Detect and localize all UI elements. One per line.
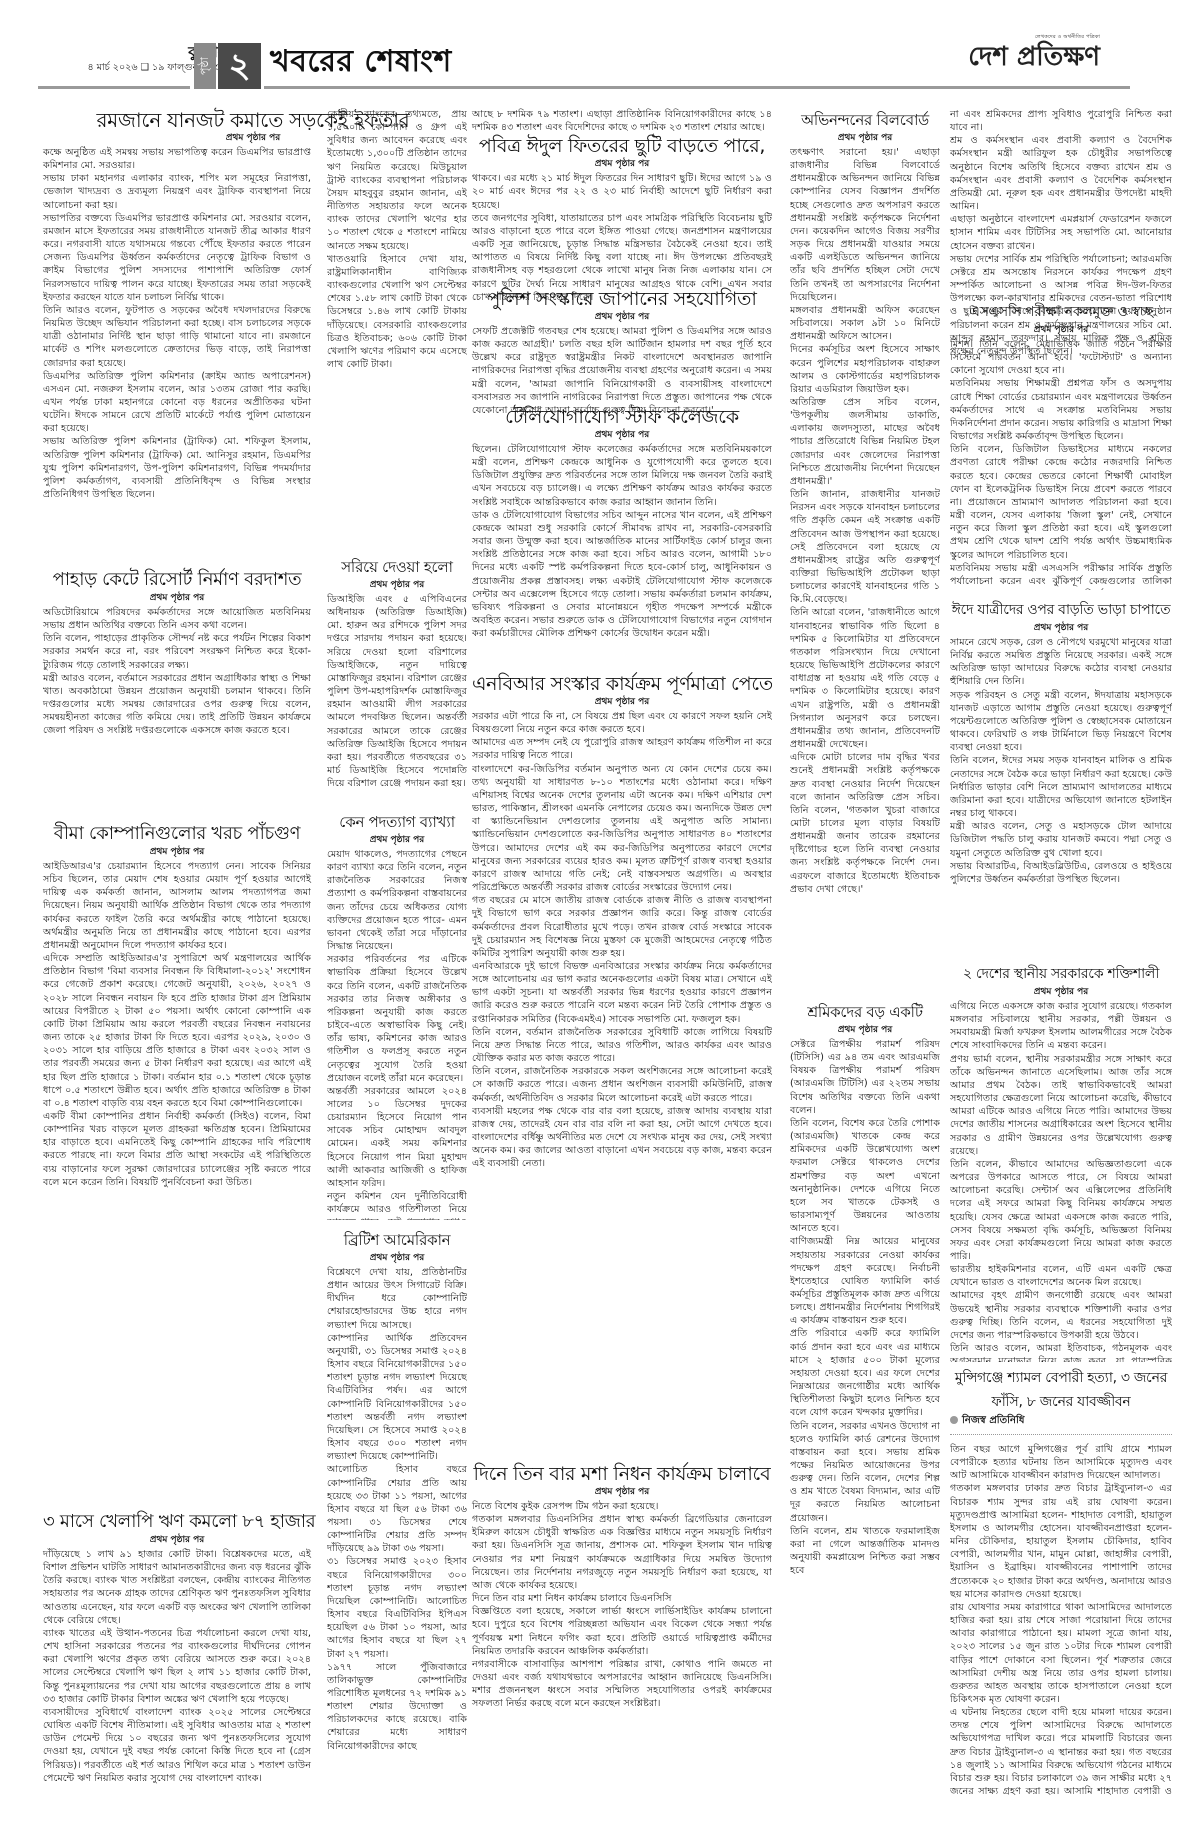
headline[interactable]: দিনে তিন বার মশা নিধন কার্যক্রম চালাবে: [472, 1462, 772, 1486]
headline[interactable]: পুলিশ সংস্কারে জাপানের সহযোগিতা: [472, 287, 772, 311]
byline-text: নিজস্ব প্রতিনিধি: [962, 1415, 1024, 1426]
story-ramadan-iftar-body: কক্ষে অনুষ্ঠিত এই সমন্বয় সভায় সভাপতিত্…: [43, 146, 311, 501]
paragraph: মঙ্গলবার প্রধানমন্ত্রী অফিস করেছেন সচিবা…: [790, 304, 940, 343]
header-rule-right: [264, 86, 1130, 89]
paragraph: তিনি বলেন, পাহাড়ের প্রাকৃতিক সৌন্দর্য ন…: [43, 632, 311, 671]
paragraph: সড়ক পরিবহন ও সেতু মন্ত্রী বলেন, ঈদযাত্র…: [950, 689, 1172, 755]
continued-label: প্রথম পৃষ্ঠার পর: [790, 1024, 940, 1036]
paragraph: এদিকে মোটা চালের দাম বৃদ্ধির খবর শুনেই প…: [790, 751, 940, 896]
paragraph: সেক্টরে ত্রিপক্ষীয় পরামর্শ পরিষদ (টিসিস…: [790, 1038, 940, 1117]
paragraph: তিনি বলেন, ঈদের সময় সড়ক যানবাহন মালিক …: [950, 754, 1172, 820]
paragraph: আছে ৮ দশমিক ৭৯ শতাংশ। এছাড়া প্রাতিষ্ঠান…: [472, 108, 772, 134]
continued-label: প্রথম পৃষ্ঠার পর: [43, 1534, 311, 1546]
continued-label: প্রথম পৃষ্ঠার পর: [472, 158, 772, 170]
paragraph: গত বছরের মে মাসে জাতীয় রাজস্ব বোর্ডকে র…: [472, 894, 772, 960]
paragraph: না এবং শ্রমিকদের প্রাপ্য সুবিধাও পুরোপুর…: [950, 108, 1172, 134]
paragraph: তিনি বলেন, ডিজিটাল ডিভাইসের মাধ্যমে নকলে…: [950, 443, 1172, 561]
paragraph: তিনি বলেন, রাজনৈতিক সরকারকে সকল অংশিজনের…: [472, 1065, 772, 1104]
paragraph: আমাদের বৃহৎ গ্রামীণ জনগোষ্ঠী রয়েছে এবং …: [950, 1289, 1172, 1342]
headline[interactable]: ২ দেশের স্থানীয় সরকারকে শক্তিশালী: [950, 962, 1172, 986]
paragraph: বিজ্ঞপ্তিতে বলা হয়েছে, সকালে লার্ভা ধ্ব…: [472, 1605, 772, 1658]
paragraph: ব্যাংক খাতের এই উত্থান-পতনের চিত্র পর্যা…: [43, 1627, 311, 1706]
logo-tagline: লেখকদের ও অর্থনীতির পত্রিকা: [968, 34, 1100, 42]
headline[interactable]: ৩ মাসে খেলাপি ঋণ কমলো ৮৭ হাজার: [43, 1510, 311, 1534]
story-default-loan: ৩ মাসে খেলাপি ঋণ কমলো ৮৭ হাজার প্রথম পৃষ…: [43, 1510, 311, 1785]
story-eid-fare: ঈদে যাত্রীদের ওপর বাড়তি ভাড়া চাপাতে প্…: [950, 598, 1172, 958]
paragraph: ১৯৭৭ সালে পুঁজিবাজারে তালিকাভুক্ত কোম্পা…: [327, 1661, 467, 1753]
paragraph: আলোচিত হিসাব বছরে কোম্পানিটির শেয়ার প্র…: [327, 1463, 467, 1555]
paragraph: বাণিজ্যমন্ত্রী নিম্ন আয়ের মানুষের সহায়…: [790, 1235, 940, 1327]
section-title: খবরের শেষাংশ: [270, 42, 452, 82]
continued-label: প্রথম পৃষ্ঠার পর: [472, 311, 772, 323]
paragraph: এদিকে সম্প্রতি আইডিআরএ'র সুপারিশে অর্থ ম…: [43, 952, 311, 1110]
paragraph: ডিএমপির অতিরিক্ত পুলিশ কমিশনার (ক্রাইম অ…: [43, 370, 311, 436]
headline[interactable]: টেলিযোগাযোগ স্টাফ কলেজকে: [472, 405, 772, 429]
page-number: ২: [218, 43, 261, 89]
story-mosquito: দিনে তিন বার মশা নিধন কার্যক্রম চালাবে প…: [472, 1462, 772, 1711]
paragraph: দিনে তিন বার মশা নিধন কার্যক্রম চালাবে ড…: [472, 1592, 772, 1605]
story-munshiganj-verdict: মুন্সিগঞ্জে শ্যামল বেপারী হত্যা, ৩ জনের …: [950, 1366, 1172, 1796]
paragraph: রায় ঘোষণার সময় কারাগারে থাকা আসামিদের …: [950, 1601, 1172, 1706]
paragraph: খাতওয়ারি হিসাবে দেখা যায়, রাষ্ট্রমালিক…: [327, 253, 467, 371]
headline[interactable]: ব্রিটিশ আমেরিকান: [327, 1228, 467, 1252]
headline[interactable]: পাহাড় কেটে রিসোর্ট নির্মাণ বরদাশত: [43, 568, 311, 592]
paragraph: প্রণয় ভার্মা বলেন, স্থানীয় সরকারমন্ত্র…: [950, 1053, 1172, 1158]
paragraph: সভায় বিআরটিএ, বিআইডব্লিউটিএ, রেলওয়ে ও …: [950, 860, 1172, 886]
paragraph: ডাক ও টেলিযোগাযোগ বিভাগের সচিব আব্দুন না…: [472, 509, 772, 641]
paragraph: এ ঘটনায় নিহতের ছেলে বাদী হয়ে মামলা দায…: [950, 1706, 1172, 1796]
byline: নিজস্ব প্রতিনিধি: [950, 1414, 1172, 1428]
paragraph: সামনে রেখে সড়ক, রেল ও নৌপথে ঘরমুখো মানু…: [950, 636, 1172, 689]
story-police-japan: পুলিশ সংস্কারে জাপানের সহযোগিতা প্রথম পৃ…: [472, 287, 772, 417]
paragraph: নতুন কমিশন যেন দুর্নীতিবিরোধী কার্যক্রমে…: [327, 1190, 467, 1220]
headline[interactable]: পবিত্র ঈদুল ফিতরের ছুটি বাড়তে পারে,: [472, 134, 772, 158]
continued-label: প্রথম পৃষ্ঠার পর: [327, 834, 467, 846]
paragraph: এছাড়া অনুষ্ঠানে বাংলাদেশ এমপ্লয়ার্স ফে…: [950, 213, 1172, 252]
headline[interactable]: ঈদে যাত্রীদের ওপর বাড়তি ভাড়া চাপাতে: [950, 598, 1172, 622]
dotted-divider: [950, 1434, 1172, 1435]
continued-label: প্রথম পৃষ্ঠার পর: [472, 1486, 772, 1498]
paragraph: ৩১ ডিসেম্বর সমাপ্ত ২০২৩ হিসাব বছরে বিনিয…: [327, 1555, 467, 1660]
paragraph: আইডিআরএ'র চেয়ারম্যান হিসেবে পদত্যাগ নেন…: [43, 860, 311, 952]
continued-label: প্রথম পৃষ্ঠার পর: [327, 1252, 467, 1264]
paragraph: ছিলেন। টেলিযোগাযোগ স্টাফ কলেজের কর্মকর্ত…: [472, 443, 772, 509]
paragraph: তিনি আরও বলেন, আমরা ইতিবাচক, গঠনমূলক এবং…: [950, 1342, 1172, 1362]
headline[interactable]: এনবিআর সংস্কার কার্যক্রম পূর্ণমাত্রা পেত…: [472, 672, 772, 696]
headline-line-1[interactable]: মুন্সিগঞ্জে শ্যামল বেপারী হত্যা, ৩ জনের: [950, 1366, 1172, 1390]
paragraph: কক্ষে অনুষ্ঠিত এই সমন্বয় সভায় সভাপতিত্…: [43, 146, 311, 172]
headline[interactable]: শ্রমিকদের বড় একটি: [790, 1000, 940, 1024]
paragraph: মন্ত্রী আরও বলেন, বর্তমানে সরকারের প্রধা…: [43, 672, 311, 738]
story-eid-holiday: আছে ৮ দশমিক ৭৯ শতাংশ। এছাড়া প্রাতিষ্ঠান…: [472, 108, 772, 304]
paragraph: থাকবে। এর মধ্যে ২১ মার্চ ঈদুল ফিতরের দিন…: [472, 172, 772, 211]
paragraph: বাংলাদেশে কর-জিডিপির বর্তমান অনুপাত অন্য…: [472, 763, 772, 895]
paragraph: অতিরিক্ত প্রেস সচিব বলেন, 'উপকূলীয় জলসী…: [790, 396, 940, 488]
paragraph: অন্তর্বর্তী সরকারের আমলে ২০২৪ সালের ১০ ড…: [327, 1085, 467, 1190]
logo-name: দেশ প্রতিক্ষণ: [968, 42, 1100, 72]
story-billboard: অভিনন্দনের বিলবোর্ড প্রথম পৃষ্ঠার পর তৎক…: [790, 108, 940, 988]
paragraph: নগরবাসীকে বাসাবাড়ির আশপাশ পরিষ্কার রাখা…: [472, 1658, 772, 1711]
story-hill-resort: পাহাড় কেটে রিসোর্ট নির্মাণ বরদাশত প্রথম…: [43, 568, 311, 738]
paragraph: তৎক্ষণাৎ সরানো হয়।' এছাড়া রাজধানীর বিভ…: [790, 146, 940, 304]
paragraph: ভারতীয় হাইকমিশনার বলেন, এটি এমন একটি ক্…: [950, 1263, 1172, 1289]
paragraph: তিনি বলেন, শ্রম খাতকে ফরমালাইজ করা না গে…: [790, 1525, 940, 1578]
continued-label: প্রথম পৃষ্ঠার পর: [950, 324, 1172, 336]
headline[interactable]: অভিনন্দনের বিলবোর্ড: [790, 108, 940, 132]
story-nbr-reform: এনবিআর সংস্কার কার্যক্রম পূর্ণমাত্রা পেত…: [472, 672, 772, 1462]
paragraph: দাঁড়িয়েছে ১ লাখ ৯১ হাজার কোটি টাকা। বি…: [43, 1548, 311, 1627]
continued-label: প্রথম পৃষ্ঠার পর: [472, 429, 772, 441]
story-bank-continuation: কেন্দ্রীয় ব্যাংকের তথ্যমতে, প্রায় ১,৫০…: [327, 108, 467, 548]
paragraph: গতকাল মঙ্গলবার ঢাকার দ্রুত বিচার ট্রাইব্…: [950, 1482, 1172, 1600]
paragraph: এগিয়ে নিতে একসঙ্গে কাজ করার সুযোগ রয়েছ…: [950, 1000, 1172, 1053]
story-ssc-exam: এসএসসি পরীক্ষা নকলমুক্ত ও স্বচ্ছ প্রথম প…: [950, 300, 1172, 590]
paragraph: তিনি আরও বলেন, ফুটপাত ও সড়কের অবৈধ দখলদ…: [43, 304, 311, 370]
story-british-american: ব্রিটিশ আমেরিকান প্রথম পৃষ্ঠার পর বিশ্লে…: [327, 1228, 467, 1788]
paragraph: কেন্দ্রীয় ব্যাংকের তথ্যমতে, প্রায় ১,৫০…: [327, 108, 467, 253]
header-rule-left: [38, 86, 190, 89]
paragraph: ব্যবসায়ীদের সুবিধার্থে বাংলাদেশ ব্যাংক …: [43, 1706, 311, 1785]
paragraph: তিনি বলেন, বর্তমান রাজনৈতিক সরকারের সুবি…: [472, 1026, 772, 1065]
paragraph: সেফটি প্রজেক্টটি গতবছর শেষ হয়েছে। আমরা …: [472, 325, 772, 417]
continued-label: প্রথম পৃষ্ঠার পর: [950, 622, 1172, 634]
paragraph: অডিটোরিয়ামে পরিষদের কর্মকর্তাদের সঙ্গে …: [43, 606, 311, 632]
continued-label: প্রথম পৃষ্ঠার পর: [43, 846, 311, 858]
paragraph: সভাপতির বক্তব্যে ডিএমপির ভারপ্রাপ্ত কমিশ…: [43, 212, 311, 304]
headline[interactable]: কেন পদত্যাগ ব্যাখ্যা: [327, 810, 467, 834]
headline[interactable]: এসএসসি পরীক্ষা নকলমুক্ত ও স্বচ্ছ: [950, 300, 1172, 324]
story-removed: সরিয়ে দেওয়া হলো প্রথম পৃষ্ঠার পর ডিআইজ…: [327, 555, 467, 805]
paragraph: মতবিনিময় সভায় মন্ত্রী এসএসসি পরীক্ষার …: [950, 562, 1172, 590]
paragraph: প্রতি পরিবারে একটি করে ফ্যামিলি কার্ড প্…: [790, 1327, 940, 1419]
continued-label: প্রথম পৃষ্ঠার পর: [327, 579, 467, 591]
paragraph: সরকার পরিবর্তনের পর এটিকে স্বাভাবিক প্রক…: [327, 953, 467, 1085]
paragraph: দিনের কর্মসূচির অংশ হিসেবে সাক্ষাৎ করেন …: [790, 343, 940, 396]
paragraph: তিনি বলেন, বিশেষ করে তৈরি পোশাক (আরএমজি)…: [790, 1117, 940, 1235]
paragraph: আমাদের এত সম্পদ নেই যে পুরোপুরি রাজস্ব আ…: [472, 736, 772, 762]
paragraph: নিতে বিশেষ কুইক রেসপন্স টিম গঠন করা হয়ে…: [472, 1500, 772, 1513]
paragraph: তিনি বলেন, সরকার এখনও উদ্যোগ না হলেও ফ্য…: [790, 1420, 940, 1525]
paragraph: তিন বছর আগে মুন্সিগঞ্জের পূর্ব রাখি গ্রা…: [950, 1443, 1172, 1482]
headline[interactable]: বীমা কোম্পানিগুলোর খরচ পাঁচগুণ: [43, 822, 311, 846]
continued-label: প্রথম পৃষ্ঠার পর: [472, 696, 772, 708]
paragraph: গতকাল মঙ্গলবার ডিএনসিসির প্রধান স্বাস্থ্…: [472, 1513, 772, 1592]
paragraph: এনবিআরকে দুই ভাগে বিভক্ত এনবিআরের সংস্কা…: [472, 960, 772, 1026]
paragraph: শ্রম ও কর্মসংস্থান এবং প্রবাসী কল্যাণ ও …: [950, 134, 1172, 213]
story-insurance-cost: বীমা কোম্পানিগুলোর খরচ পাঁচগুণ প্রথম পৃষ…: [43, 822, 311, 1189]
paragraph: মিশন। তিনি বলেন, মেধাভিত্তিক জাতি গঠনে প…: [950, 338, 1172, 377]
bullet-icon: [950, 1416, 958, 1424]
headline-line-2[interactable]: ফাঁসি, ৮ জনের যাবজ্জীবন: [950, 1390, 1172, 1414]
headline[interactable]: সরিয়ে দেওয়া হলো: [327, 555, 467, 579]
paragraph: মতবিনিময় সভায় শিক্ষামন্ত্রী প্রশ্নপত্র…: [950, 377, 1172, 443]
paragraph: তিনি আরো বলেন, 'রাজধানীতে আগে যানবাহনের …: [790, 606, 940, 751]
paragraph: সভায় অতিরিক্ত পুলিশ কমিশনার (ট্রাফিক) ম…: [43, 435, 311, 501]
paragraph: তিনি বলেন, কীভাবে আমাদের অভিজ্ঞতাগুলো এক…: [950, 1158, 1172, 1263]
paragraph: একটি বীমা কোম্পানির প্রধান নির্বাহী কর্ম…: [43, 1110, 311, 1189]
story-telecom-college: টেলিযোগাযোগ স্টাফ কলেজকে প্রথম পৃষ্ঠার প…: [472, 405, 772, 640]
paragraph: বিশ্লেষণে দেখা যায়, প্রতিষ্ঠানটির প্রধা…: [327, 1266, 467, 1332]
story-local-gov: ২ দেশের স্থানীয় সরকারকে শক্তিশালী প্রথম…: [950, 962, 1172, 1362]
continued-label: প্রথম পৃষ্ঠার পর: [790, 132, 940, 144]
paragraph: সরকার এটা পারে কি না, সে বিষয়ে প্রশ্ন ছ…: [472, 710, 772, 736]
paragraph: তিনি জানান, রাজধানীর যানজট নিরসন এবং সড়…: [790, 488, 940, 606]
paragraph: মন্ত্রী আরও বলেন, সেতু ও মহাসড়কে টোল আদ…: [950, 820, 1172, 859]
continued-label: প্রথম পৃষ্ঠার পর: [43, 592, 311, 604]
paragraph: ডিআইজি এবং ৫ এপিবিএনের অধিনায়ক (অতিরিক্…: [327, 593, 467, 790]
story-workers: শ্রমিকদের বড় একটি প্রথম পৃষ্ঠার পর সেক্…: [790, 1000, 940, 1790]
paragraph: সভায় ঢাকা মহানগর এলাকার ব্যাংক, শপিং মল…: [43, 172, 311, 211]
paragraph: মেয়াদ থাকলেও, পদত্যাগের পেছনে কারণ ব্যা…: [327, 848, 467, 953]
story-resign-explain: কেন পদত্যাগ ব্যাখ্যা প্রথম পৃষ্ঠার পর মে…: [327, 810, 467, 1220]
newspaper-logo[interactable]: লেখকদের ও অর্থনীতির পত্রিকা দেশ প্রতিক্ষ…: [968, 34, 1100, 72]
paragraph: ব্যবসায়ী মহলের পক্ষ থেকে বার বার বলা হয…: [472, 1105, 772, 1171]
continued-label: প্রথম পৃষ্ঠার পর: [950, 986, 1172, 998]
paragraph: কোম্পানির আর্থিক প্রতিবেদন অনুযায়ী, ৩১ …: [327, 1332, 467, 1464]
masthead: বুধবার ৪ মার্চ ২০২৬ ❑ ১৯ ফাল্গুন ১৪৩২ পৃ…: [38, 40, 1130, 90]
page-label: পৃষ্ঠা: [194, 43, 216, 89]
